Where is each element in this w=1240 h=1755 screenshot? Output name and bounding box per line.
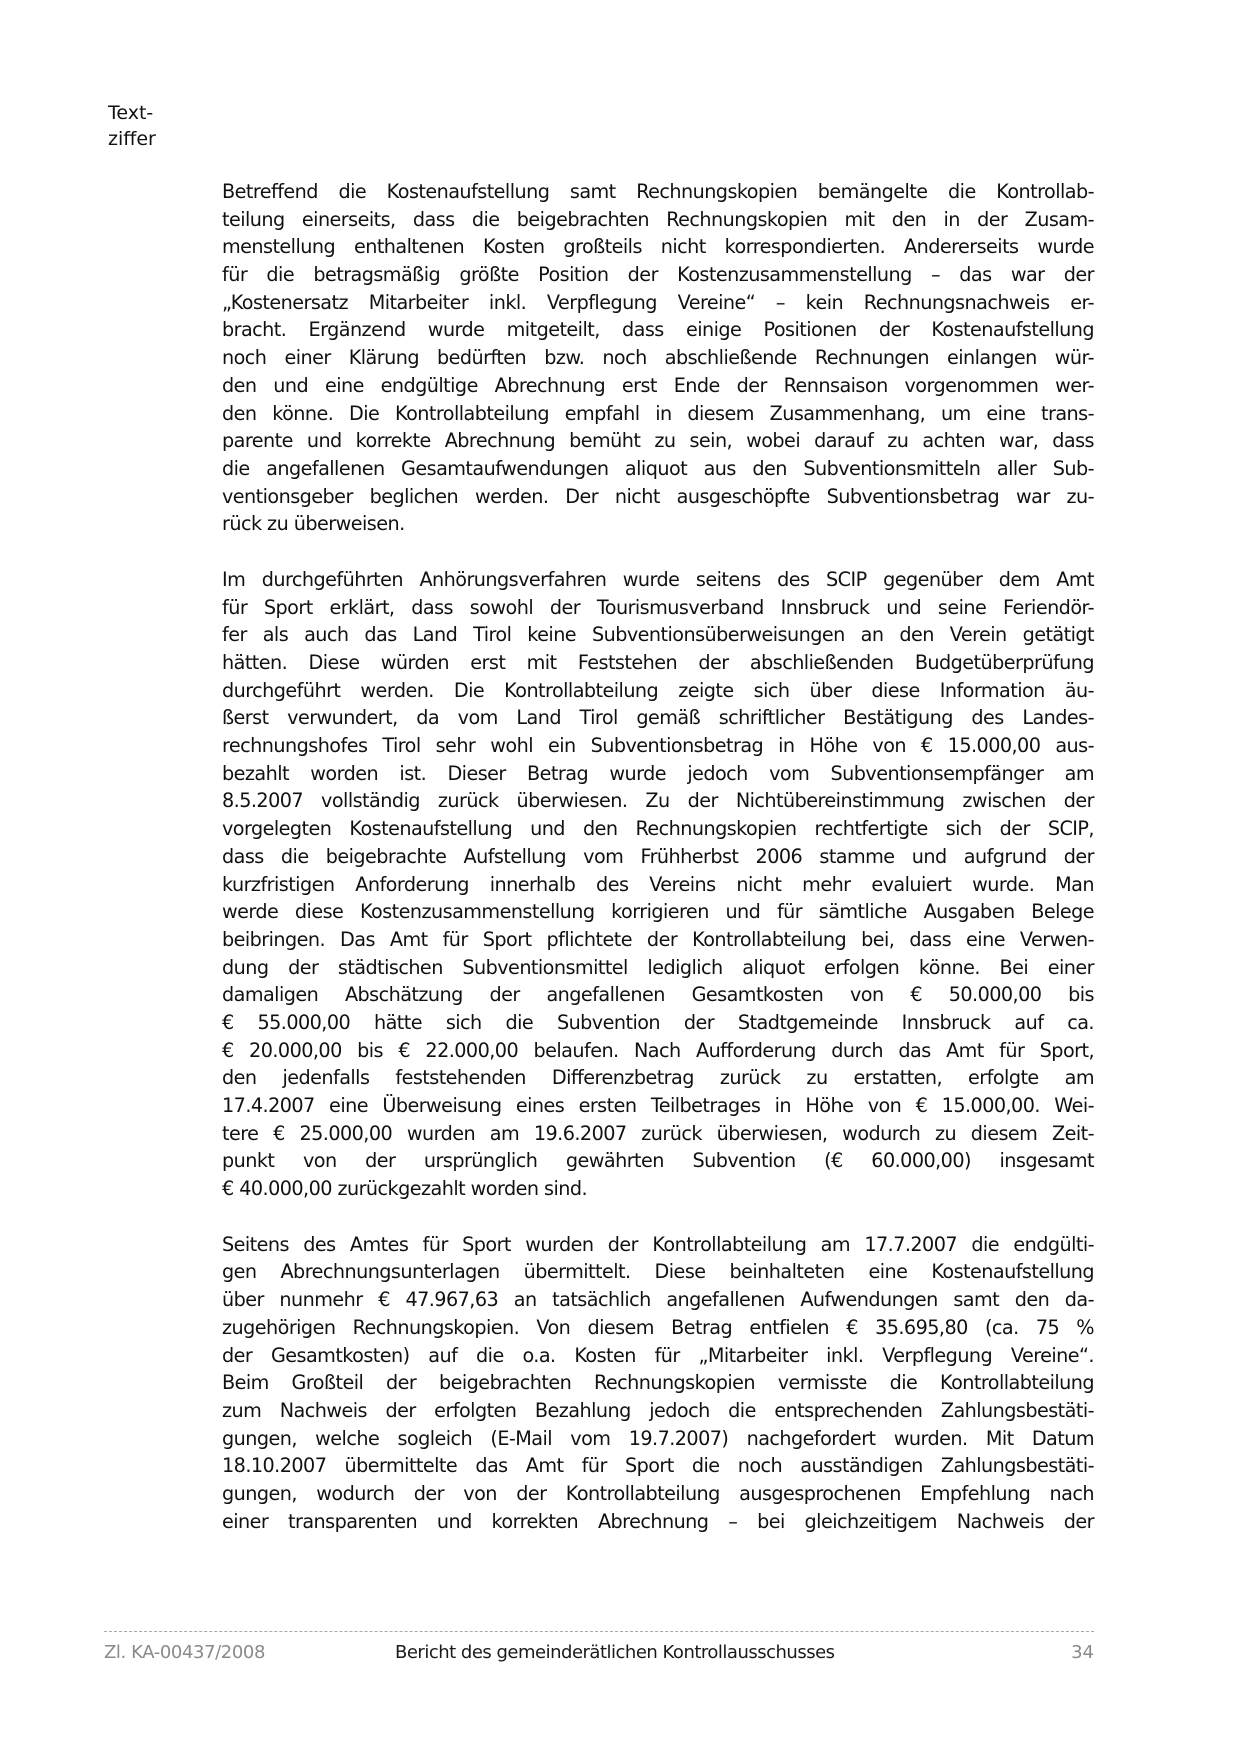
text-line: damaligen Abschätzung der angefallenen G…: [222, 981, 1094, 1009]
text-line: dung der städtischen Subventionsmittel l…: [222, 954, 1094, 982]
text-line: rück zu überweisen.: [222, 510, 1094, 538]
text-line: € 40.000,00 zurückgezahlt worden sind.: [222, 1175, 1094, 1203]
margin-label-textziffer: Text- ziffer: [108, 100, 156, 152]
text-line: gen Abrechnungsunterlagen übermittelt. D…: [222, 1258, 1094, 1286]
text-line: hätten. Diese würden erst mit Feststehen…: [222, 649, 1094, 677]
text-line: dass die beigebrachte Aufstellung vom Fr…: [222, 843, 1094, 871]
text-line: 18.10.2007 übermittelte das Amt für Spor…: [222, 1452, 1094, 1480]
paragraph-1: Betreffend die Kostenaufstellung samt Re…: [222, 178, 1094, 538]
text-line: rechnungshofes Tirol sehr wohl ein Subve…: [222, 732, 1094, 760]
text-line: bezahlt worden ist. Dieser Betrag wurde …: [222, 760, 1094, 788]
page-footer: Zl. KA-00437/2008 Bericht des gemeinderä…: [104, 1631, 1094, 1666]
text-line: punkt von der ursprünglich gewährten Sub…: [222, 1147, 1094, 1175]
text-line: die angefallenen Gesamtaufwendungen aliq…: [222, 455, 1094, 483]
text-line: tere € 25.000,00 wurden am 19.6.2007 zur…: [222, 1120, 1094, 1148]
paragraph-2: Im durchgeführten Anhörungsverfahren wur…: [222, 566, 1094, 1203]
margin-label-line-2: ziffer: [108, 126, 156, 152]
text-line: parente und korrekte Abrechnung bemüht z…: [222, 427, 1094, 455]
text-line: über nunmehr € 47.967,63 an tatsächlich …: [222, 1286, 1094, 1314]
page-number: 34: [1071, 1640, 1094, 1666]
text-line: den könne. Die Kontrollabteilung empfahl…: [222, 400, 1094, 428]
text-line: teilung einerseits, dass die beigebracht…: [222, 206, 1094, 234]
paragraph-3: Seitens des Amtes für Sport wurden der K…: [222, 1231, 1094, 1536]
footer-row: Zl. KA-00437/2008 Bericht des gemeinderä…: [104, 1640, 1094, 1666]
text-line: € 20.000,00 bis € 22.000,00 belaufen. Na…: [222, 1037, 1094, 1065]
footer-divider: [104, 1631, 1094, 1632]
text-line: gungen, welche sogleich (E-Mail vom 19.7…: [222, 1425, 1094, 1453]
text-line: € 55.000,00 hätte sich die Subvention de…: [222, 1009, 1094, 1037]
text-line: gungen, wodurch der von der Kontrollabte…: [222, 1480, 1094, 1508]
text-line: werde diese Kostenzusammenstellung korri…: [222, 898, 1094, 926]
text-line: den und eine endgültige Abrechnung erst …: [222, 372, 1094, 400]
text-line: 17.4.2007 eine Überweisung eines ersten …: [222, 1092, 1094, 1120]
text-line: zugehörigen Rechnungskopien. Von diesem …: [222, 1314, 1094, 1342]
text-line: Beim Großteil der beigebrachten Rechnung…: [222, 1369, 1094, 1397]
text-line: „Kostenersatz Mitarbeiter inkl. Verpfleg…: [222, 289, 1094, 317]
text-line: durchgeführt werden. Die Kontrollabteilu…: [222, 677, 1094, 705]
text-line: bracht. Ergänzend wurde mitgeteilt, dass…: [222, 316, 1094, 344]
text-line: ventionsgeber beglichen werden. Der nich…: [222, 483, 1094, 511]
text-line: einer transparenten und korrekten Abrech…: [222, 1508, 1094, 1536]
document-reference: Zl. KA-00437/2008: [104, 1640, 265, 1666]
text-line: der Gesamtkosten) auf die o.a. Kosten fü…: [222, 1342, 1094, 1370]
text-line: Im durchgeführten Anhörungsverfahren wur…: [222, 566, 1094, 594]
text-line: Seitens des Amtes für Sport wurden der K…: [222, 1231, 1094, 1259]
text-line: ßerst verwundert, da vom Land Tirol gemä…: [222, 704, 1094, 732]
text-line: beibringen. Das Amt für Sport pflichtete…: [222, 926, 1094, 954]
report-title: Bericht des gemeinderätlichen Kontrollau…: [395, 1640, 835, 1666]
body-text: Betreffend die Kostenaufstellung samt Re…: [222, 178, 1094, 1563]
margin-label-line-1: Text-: [108, 100, 156, 126]
text-line: für Sport erklärt, dass sowohl der Touri…: [222, 594, 1094, 622]
text-line: vorgelegten Kostenaufstellung und den Re…: [222, 815, 1094, 843]
text-line: kurzfristigen Anforderung innerhalb des …: [222, 871, 1094, 899]
text-line: zum Nachweis der erfolgten Bezahlung jed…: [222, 1397, 1094, 1425]
text-line: für die betragsmäßig größte Position der…: [222, 261, 1094, 289]
text-line: 8.5.2007 vollständig zurück überwiesen. …: [222, 787, 1094, 815]
text-line: fer als auch das Land Tirol keine Subven…: [222, 621, 1094, 649]
text-line: Betreffend die Kostenaufstellung samt Re…: [222, 178, 1094, 206]
text-line: den jedenfalls feststehenden Differenzbe…: [222, 1064, 1094, 1092]
text-line: menstellung enthaltenen Kosten großteils…: [222, 233, 1094, 261]
text-line: noch einer Klärung bedürften bzw. noch a…: [222, 344, 1094, 372]
